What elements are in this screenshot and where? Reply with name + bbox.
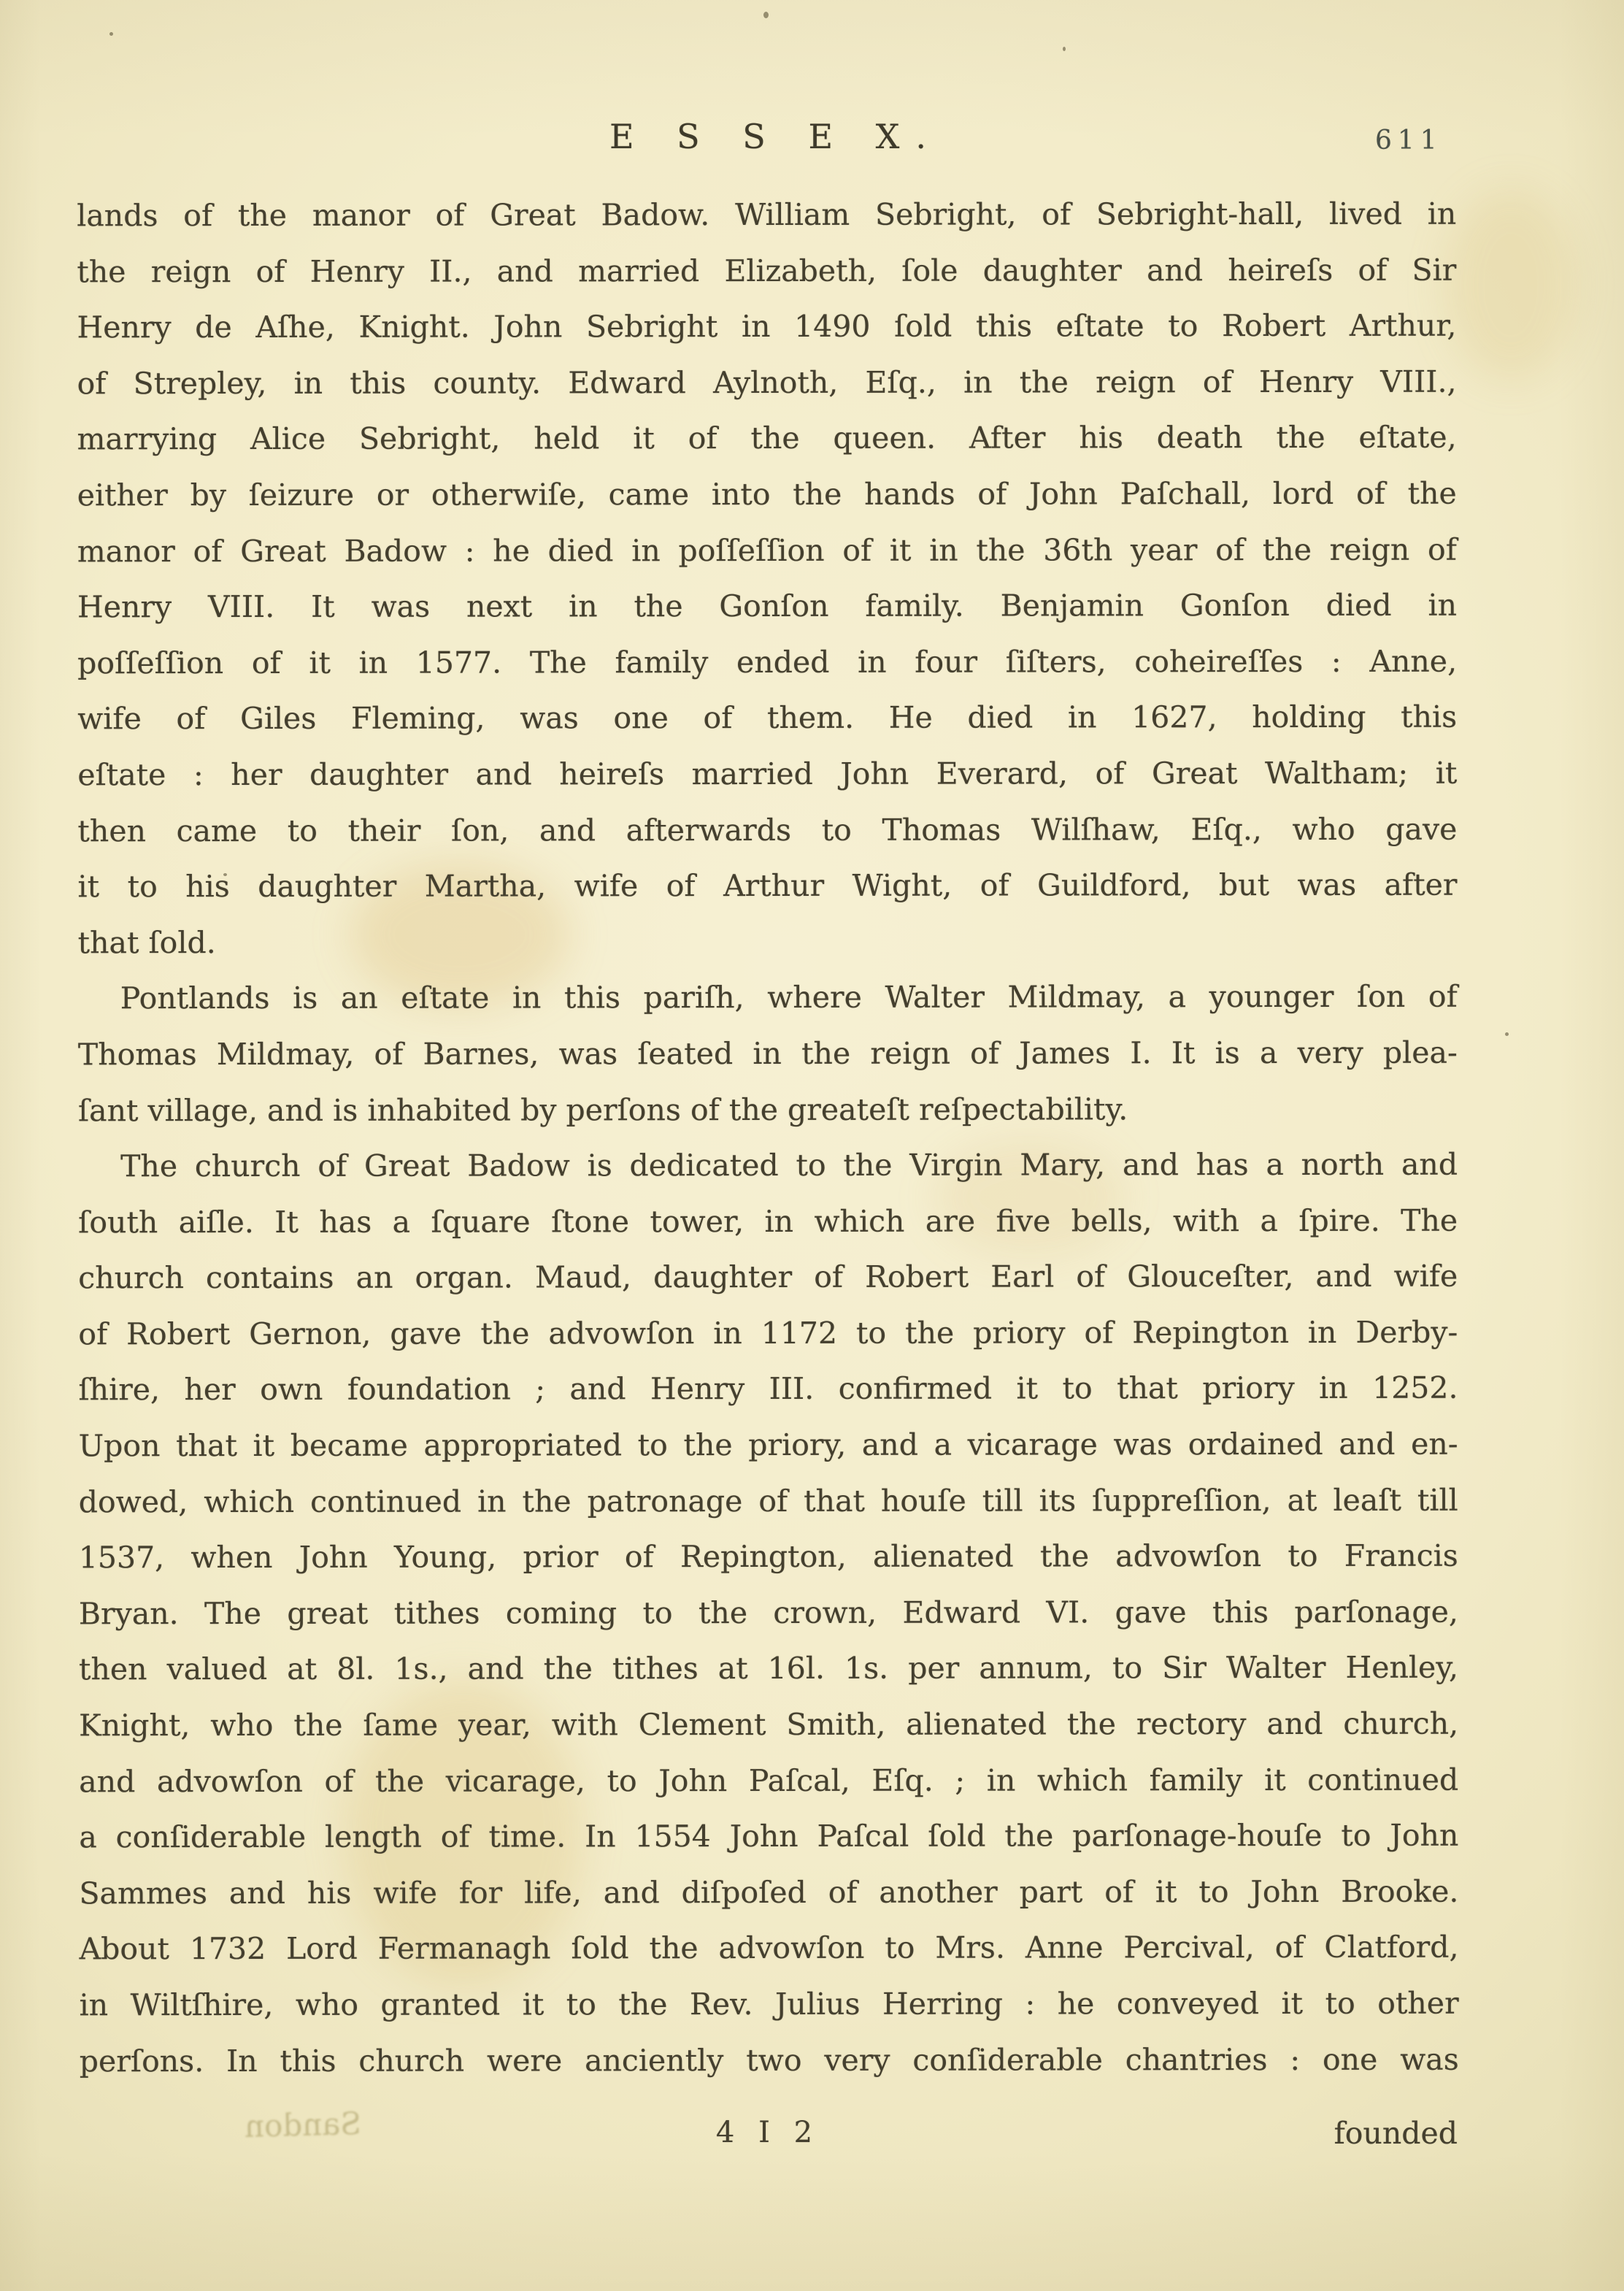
text-line: manor of Great Badow : he died in poſſeſ… (77, 521, 1457, 579)
text-line: of Strepley, in this county. Edward Ayln… (77, 353, 1457, 411)
text-line: it to his daughter Martha, wife of Arthu… (77, 857, 1457, 915)
paragraph: lands of the manor of Great Badow. Willi… (77, 186, 1457, 971)
text-line: Thomas Mildmay, of Barnes, was ſeated in… (78, 1025, 1458, 1083)
text-line: then came to their ſon, and afterwards t… (77, 801, 1457, 859)
text-line: poſſeſſion of it in 1577. The family end… (77, 633, 1457, 691)
text-line: perſons. In this church were anciently t… (80, 2031, 1459, 2089)
text-line: and advowſon of the vicarage, to John Pa… (79, 1751, 1458, 1809)
ink-speck (763, 12, 769, 18)
text-line: 1537, when John Young, prior of Repingto… (79, 1528, 1458, 1586)
text-line: Henry de Aſhe, Knight. John Sebright in … (77, 298, 1456, 356)
text-line: lands of the manor of Great Badow. Willi… (77, 186, 1456, 244)
text-line: Bryan. The great tithes coming to the cr… (79, 1584, 1458, 1642)
text-line: eſtate : her daughter and heireſs marrie… (77, 745, 1457, 803)
text-line: About 1732 Lord Fermanagh ſold the advow… (79, 1919, 1458, 1977)
catchword: founded (78, 2116, 1458, 2151)
text-line: the reign of Henry II., and married Eliz… (77, 242, 1456, 299)
page-text: lands of the manor of Great Badow. Willi… (77, 186, 1459, 2089)
text-line: ſant village, and is inhabited by perſon… (78, 1081, 1458, 1138)
text-line: either by ſeizure or otherwiſe, came int… (77, 466, 1457, 523)
text-line: that ſold. (78, 913, 1458, 970)
ink-speck (109, 32, 113, 36)
text-line: church contains an organ. Maud, daughter… (78, 1248, 1458, 1306)
text-line: Pontlands is an eſtate in this pariſh, w… (78, 969, 1458, 1026)
ink-speck (1063, 47, 1066, 51)
paper-stain (1445, 190, 1577, 380)
text-line: Knight, who the ſame year, with Clement … (79, 1696, 1458, 1754)
text-line: ſhire, her own foundation ; and Henry II… (78, 1360, 1458, 1418)
text-line: marrying Alice Sebright, held it of the … (77, 410, 1457, 467)
page-number: 611 (1375, 126, 1443, 156)
text-line: Upon that it became appropriated to the … (79, 1416, 1458, 1474)
paragraph: Pontlands is an eſtate in this pariſh, w… (78, 969, 1458, 1138)
paragraph: The church of Great Badow is dedicated t… (78, 1137, 1459, 2089)
ink-speck (1505, 1032, 1509, 1036)
text-line: Henry VIII. It was next in the Gonſon fa… (77, 577, 1457, 635)
text-line: Sammes and his wife for life, and diſpoſ… (79, 1863, 1458, 1921)
text-line: in Wiltſhire, who granted it to the Rev.… (80, 1976, 1459, 2033)
text-line: dowed, which continued in the patronage … (79, 1472, 1458, 1530)
text-line: ſouth aiſle. It has a ſquare ſtone tower… (78, 1192, 1458, 1250)
running-head-title: E S S E X. (86, 117, 1466, 156)
text-line: wife of Giles Fleming, was one of them. … (77, 689, 1457, 747)
text-line: of Robert Gernon, gave the advowſon in 1… (78, 1305, 1458, 1362)
text-line: The church of Great Badow is dedicated t… (78, 1137, 1458, 1194)
book-page: E S S E X. 611 lands of the manor of Gre… (0, 0, 1624, 2291)
text-line: a conſiderable length of time. In 1554 J… (79, 1808, 1458, 1865)
text-line: then valued at 8l. 1s., and the tithes a… (79, 1640, 1458, 1697)
